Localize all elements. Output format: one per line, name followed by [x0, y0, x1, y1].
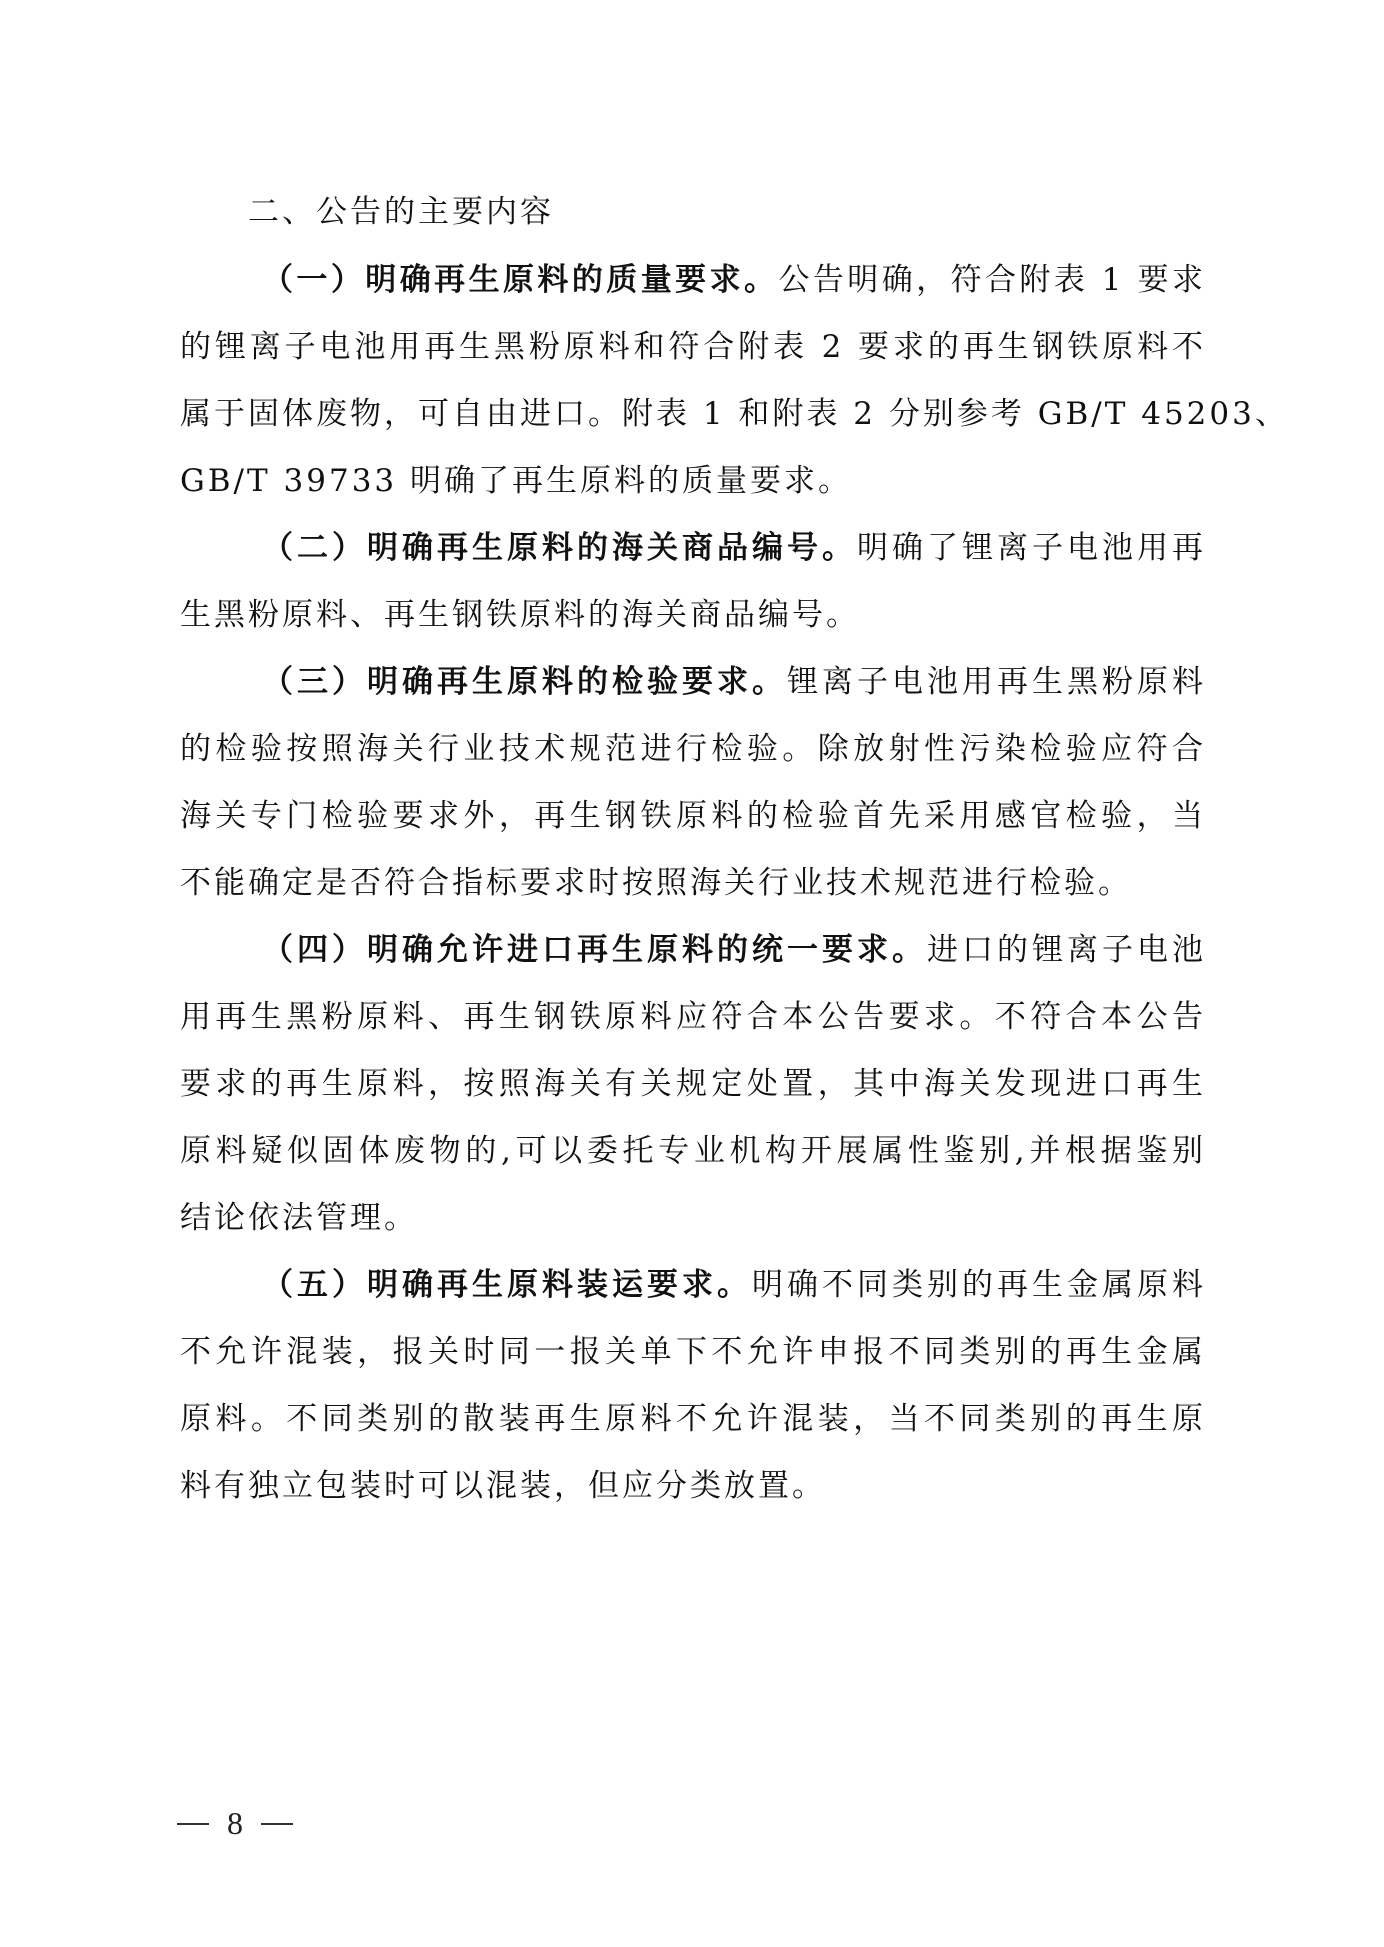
paragraph-line: 要求的再生原料，按照海关有关规定处置，其中海关发现进口再生 — [180, 1062, 1206, 1129]
paragraph-line: 料有独立包装时可以混装，但应分类放置。 — [180, 1464, 1206, 1531]
paragraph-1: （一）明确再生原料的质量要求。公告明确，符合附表 1 要求 的锂离子电池用再生黑… — [180, 258, 1206, 526]
paragraph-line: 属于固体废物，可自由进口。附表 1 和附表 2 分别参考 GB/T 45203、 — [180, 392, 1206, 459]
paragraph-line: （二）明确再生原料的海关商品编号。明确了锂离子电池用再 — [180, 526, 1206, 593]
document-page: 二、公告的主要内容 （一）明确再生原料的质量要求。公告明确，符合附表 1 要求 … — [0, 0, 1384, 1947]
dash-left — [177, 1823, 209, 1825]
paragraph-line: （四）明确允许进口再生原料的统一要求。进口的锂离子电池 — [180, 928, 1206, 995]
dash-right — [261, 1823, 293, 1825]
paragraph-line: 不允许混装，报关时同一报关单下不允许申报不同类别的再生金属 — [180, 1330, 1206, 1397]
paragraph-bold-lead: （五）明确再生原料装运要求。 — [262, 1267, 752, 1303]
section-heading: 二、公告的主要内容 — [248, 192, 554, 232]
paragraph-line: 海关专门检验要求外，再生钢铁原料的检验首先采用感官检验，当 — [180, 794, 1206, 861]
paragraph-bold-lead: （三）明确再生原料的检验要求。 — [262, 664, 787, 700]
paragraph-line: GB/T 39733 明确了再生原料的质量要求。 — [180, 459, 1206, 526]
page-footer: 8 — [177, 1805, 293, 1842]
paragraph-line: 结论依法管理。 — [180, 1196, 1206, 1263]
paragraph-bold-lead: （二）明确再生原料的海关商品编号。 — [262, 530, 857, 566]
paragraph-line: 的检验按照海关行业技术规范进行检验。除放射性污染检验应符合 — [180, 727, 1206, 794]
paragraph-line: 生黑粉原料、再生钢铁原料的海关商品编号。 — [180, 593, 1206, 660]
paragraph-4: （四）明确允许进口再生原料的统一要求。进口的锂离子电池 用再生黑粉原料、再生钢铁… — [180, 928, 1206, 1263]
document-body: （一）明确再生原料的质量要求。公告明确，符合附表 1 要求 的锂离子电池用再生黑… — [180, 258, 1206, 1531]
paragraph-bold-lead: （四）明确允许进口再生原料的统一要求。 — [262, 932, 927, 968]
paragraph-line: （三）明确再生原料的检验要求。锂离子电池用再生黑粉原料 — [180, 660, 1206, 727]
paragraph-line: 不能确定是否符合指标要求时按照海关行业技术规范进行检验。 — [180, 861, 1206, 928]
page-number: 8 — [227, 1805, 243, 1842]
paragraph-line: 的锂离子电池用再生黑粉原料和符合附表 2 要求的再生钢铁原料不 — [180, 325, 1206, 392]
paragraph-line: 原料疑似固体废物的,可以委托专业机构开展属性鉴别,并根据鉴别 — [180, 1129, 1206, 1196]
paragraph-bold-lead: （一）明确再生原料的质量要求。 — [262, 262, 778, 298]
paragraph-line: （一）明确再生原料的质量要求。公告明确，符合附表 1 要求 — [180, 258, 1206, 325]
paragraph-line: （五）明确再生原料装运要求。明确不同类别的再生金属原料 — [180, 1263, 1206, 1330]
paragraph-5: （五）明确再生原料装运要求。明确不同类别的再生金属原料 不允许混装，报关时同一报… — [180, 1263, 1206, 1531]
paragraph-line: 用再生黑粉原料、再生钢铁原料应符合本公告要求。不符合本公告 — [180, 995, 1206, 1062]
paragraph-line: 原料。不同类别的散装再生原料不允许混装，当不同类别的再生原 — [180, 1397, 1206, 1464]
paragraph-3: （三）明确再生原料的检验要求。锂离子电池用再生黑粉原料 的检验按照海关行业技术规… — [180, 660, 1206, 928]
paragraph-2: （二）明确再生原料的海关商品编号。明确了锂离子电池用再 生黑粉原料、再生钢铁原料… — [180, 526, 1206, 660]
